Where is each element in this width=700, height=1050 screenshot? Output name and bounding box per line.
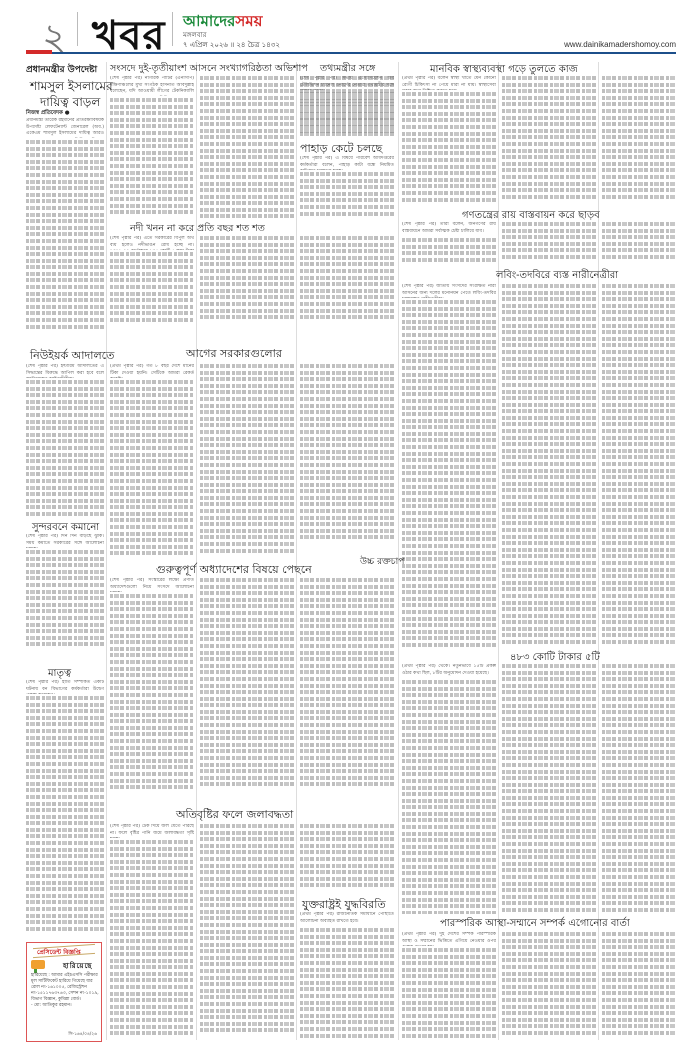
column-divider (196, 62, 197, 1040)
classified-ad[interactable]: প্রেসিডেন্ট বিজ্ঞপ্তি হারিয়েছে হারিয়েছ… (26, 942, 102, 1042)
text-block (300, 364, 394, 540)
text-block (502, 222, 596, 266)
ad-reference: সি-১৬৪/০৪/২৬ (68, 1031, 97, 1038)
article-body: (শেষ পৃষ্ঠার পর) দিন দিন বাড়ছে ঝুঁকি। স… (26, 534, 104, 548)
byline: নিজস্ব প্রতিবেদক ● (26, 110, 70, 118)
article-body: (প্রথম পৃষ্ঠার পর) বলেন স্বাস্থ্য খাতে য… (402, 76, 496, 90)
divider (77, 12, 78, 46)
text-block (300, 92, 394, 136)
article-body: (প্রথম পৃষ্ঠার পর) গত ৮ বছর দেশে মানের ট… (110, 364, 194, 378)
article-body: (প্রথম পৃষ্ঠার পর) দুই দেশের সম্পর্ক পার… (402, 932, 496, 946)
article-body: (শেষ পৃষ্ঠার পর) তারা বলেন, জনগণের রায় … (402, 222, 496, 236)
divider (172, 12, 173, 46)
article-body: (শেষ পৃষ্ঠার পর) এ বিষয়ে পরিবেশ অধিদপ্ত… (300, 156, 394, 170)
text-block (402, 300, 496, 650)
text-block (200, 578, 294, 794)
text-block (26, 140, 104, 335)
text-block (602, 76, 676, 204)
article-body: (শেষ পৃষ্ঠার পর) টেক দিয়ে জল যেতে পারছে… (110, 824, 194, 838)
headline: আগের সরকারগুলোর (186, 345, 282, 364)
headline: পারস্পরিক আস্থা-সম্মানে সম্পর্ক এগোনোর ব… (440, 916, 630, 933)
ad-body-text: হারিয়েছে : আমার এইচএসসি পরীক্ষার মূল সা… (31, 973, 99, 1002)
text-block (110, 840, 194, 1040)
ad-heading: হারিয়েছে (63, 960, 93, 972)
brand-part2: সময় (235, 12, 262, 30)
text-block (502, 76, 596, 204)
ad-name: - মো: আতিকুর রহমান। (31, 1003, 72, 1008)
text-block (200, 236, 294, 322)
masthead: ২ খবর আমাদেরসময় মঙ্গলবার ৭ এপ্রিল ২০২৬ … (0, 0, 700, 56)
article-body: প্রধানমন্ত্রী তারেক রহমানের প্রতিরক্ষাবি… (26, 118, 104, 138)
text-block (300, 578, 394, 794)
text-block (602, 284, 676, 650)
article-body: (শেষ পৃষ্ঠার পর) সভায় এসোসিয়েশন অব টেল… (300, 76, 394, 90)
dateline: ৭ এপ্রিল ২০২৬ ॥ ২৪ চৈত্র ১৪৩২ (183, 39, 280, 51)
header-rule (26, 52, 676, 54)
megaphone-icon (31, 960, 45, 969)
headline: উচ্চ রক্তচাপ (360, 554, 404, 569)
text-block (502, 932, 596, 1040)
text-block (402, 948, 496, 1040)
headline: লবিং-তদবিরে ব্যস্ত নারীনেত্রীরা (496, 268, 618, 285)
text-block (300, 928, 394, 1040)
article-body: (শেষ পৃষ্ঠার পর) ইন্টারিম আদালতের এ সিদ্… (26, 364, 104, 378)
header-accent (26, 50, 52, 54)
ad-body: হারিয়েছে : আমার এইচএসসি পরীক্ষার মূল সা… (31, 973, 99, 1009)
column-divider (398, 62, 399, 1040)
text-block (200, 824, 294, 1040)
website-link[interactable]: www.dainikamadershomoy.com (564, 40, 676, 49)
brand-part1: আমাদের (183, 12, 235, 30)
column-divider (296, 62, 297, 1040)
column-divider (106, 62, 107, 1040)
text-block (26, 380, 104, 520)
text-block (602, 664, 676, 914)
text-block (602, 222, 676, 266)
text-block (26, 550, 104, 650)
text-block (402, 92, 496, 204)
text-block (200, 76, 294, 220)
text-block (110, 252, 194, 322)
text-block (300, 172, 394, 222)
text-block (502, 664, 596, 914)
headline: অতিবৃষ্টির ফলে জলাবদ্ধতা (176, 806, 293, 825)
text-block (502, 284, 596, 650)
text-block (110, 98, 194, 220)
text-block (402, 680, 496, 914)
text-block (200, 364, 294, 556)
text-block (26, 696, 104, 934)
section-title: খবর (92, 4, 166, 71)
text-block (402, 238, 496, 266)
article-body: (শেষ পৃষ্ঠার পর) নাগরিক পার্টির (এনসিপি)… (110, 76, 194, 96)
article-body: (শেষ পৃষ্ঠার পর) এতে সরকারের বিপুল অর্থ … (110, 236, 194, 250)
article-body: (প্রথম পৃষ্ঠার পর) রাজনৈতিক সমাধানে পৌঁছ… (300, 912, 394, 926)
kicker: প্রধানমন্ত্রীর উপদেষ্টা (26, 62, 97, 77)
text-block (300, 824, 394, 894)
headline: তথ্যমন্ত্রীর সঙ্গে (320, 62, 375, 77)
headline: নদী খনন না করে প্রতি বছর শত শত (130, 222, 265, 237)
headline: সংসদে দুই-তৃতীয়াংশ আসনে সংখ্যাগরিষ্ঠতা … (110, 62, 308, 77)
text-block (602, 932, 676, 1040)
article-body: (শেষ পৃষ্ঠার পর) সংস্কারের লক্ষ্যে প্রণী… (110, 578, 194, 592)
text-block (110, 594, 194, 794)
article-body: (প্রথম পৃষ্ঠার পর) থেকে। নতুনভাবে ১৫টি প… (402, 664, 496, 678)
article-body: (শেষ পৃষ্ঠার পর) হাতি সম্পর্কিত একটি ঘটন… (26, 680, 104, 694)
ad-banner-text: প্রেসিডেন্ট বিজ্ঞপ্তি (37, 947, 81, 958)
article-body: (শেষ পৃষ্ঠার পর) জাতীয় সংসদের সংরক্ষিত … (402, 284, 496, 298)
text-block (110, 380, 194, 556)
text-block (300, 236, 394, 322)
